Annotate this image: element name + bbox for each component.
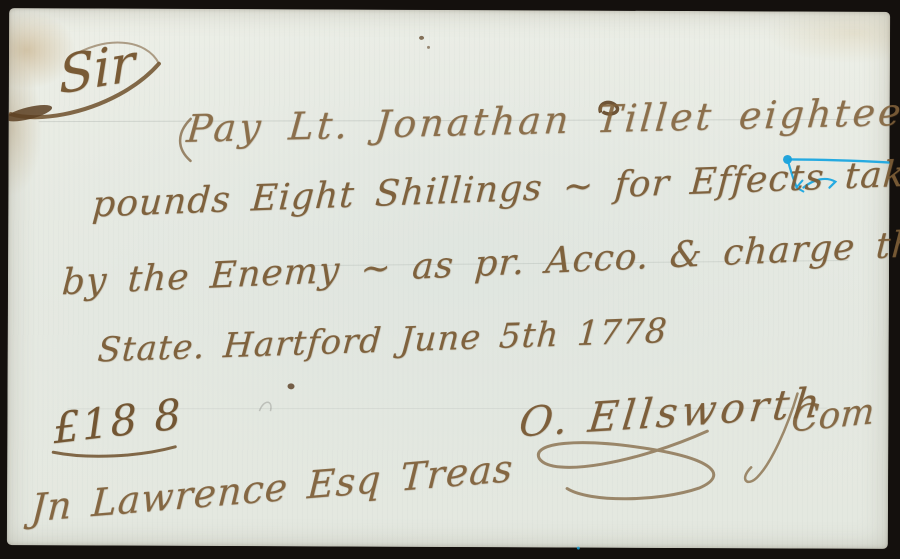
salutation-text: Sir — [58, 33, 136, 107]
body-line-3: by the Enemy ~ as pr. Acco. & charge the — [61, 223, 900, 303]
body-line-2: pounds Eight Shillings ~ for Effects tak… — [91, 152, 900, 225]
signature-suffix-text: Com — [790, 391, 876, 441]
body-line-4: State. Hartford June 5th 1778 — [96, 311, 669, 371]
blue-speck — [577, 547, 580, 550]
body-line-1: Pay Lt. Jonathan Tillet eighteen — [185, 89, 900, 151]
scan-background: Sir Pay Lt. Jonathan Tillet eighteen pou… — [0, 0, 900, 559]
ink-blot — [288, 383, 295, 389]
ink-speck — [419, 36, 424, 40]
amount-total: £18 8 — [52, 389, 184, 453]
ink-speck — [427, 46, 430, 49]
document-paper: Sir Pay Lt. Jonathan Tillet eighteen pou… — [7, 8, 890, 549]
endorsement-text: Jn Lawrence Esq Treas — [30, 446, 515, 530]
signature-text: O. Ellsworth — [517, 378, 826, 446]
